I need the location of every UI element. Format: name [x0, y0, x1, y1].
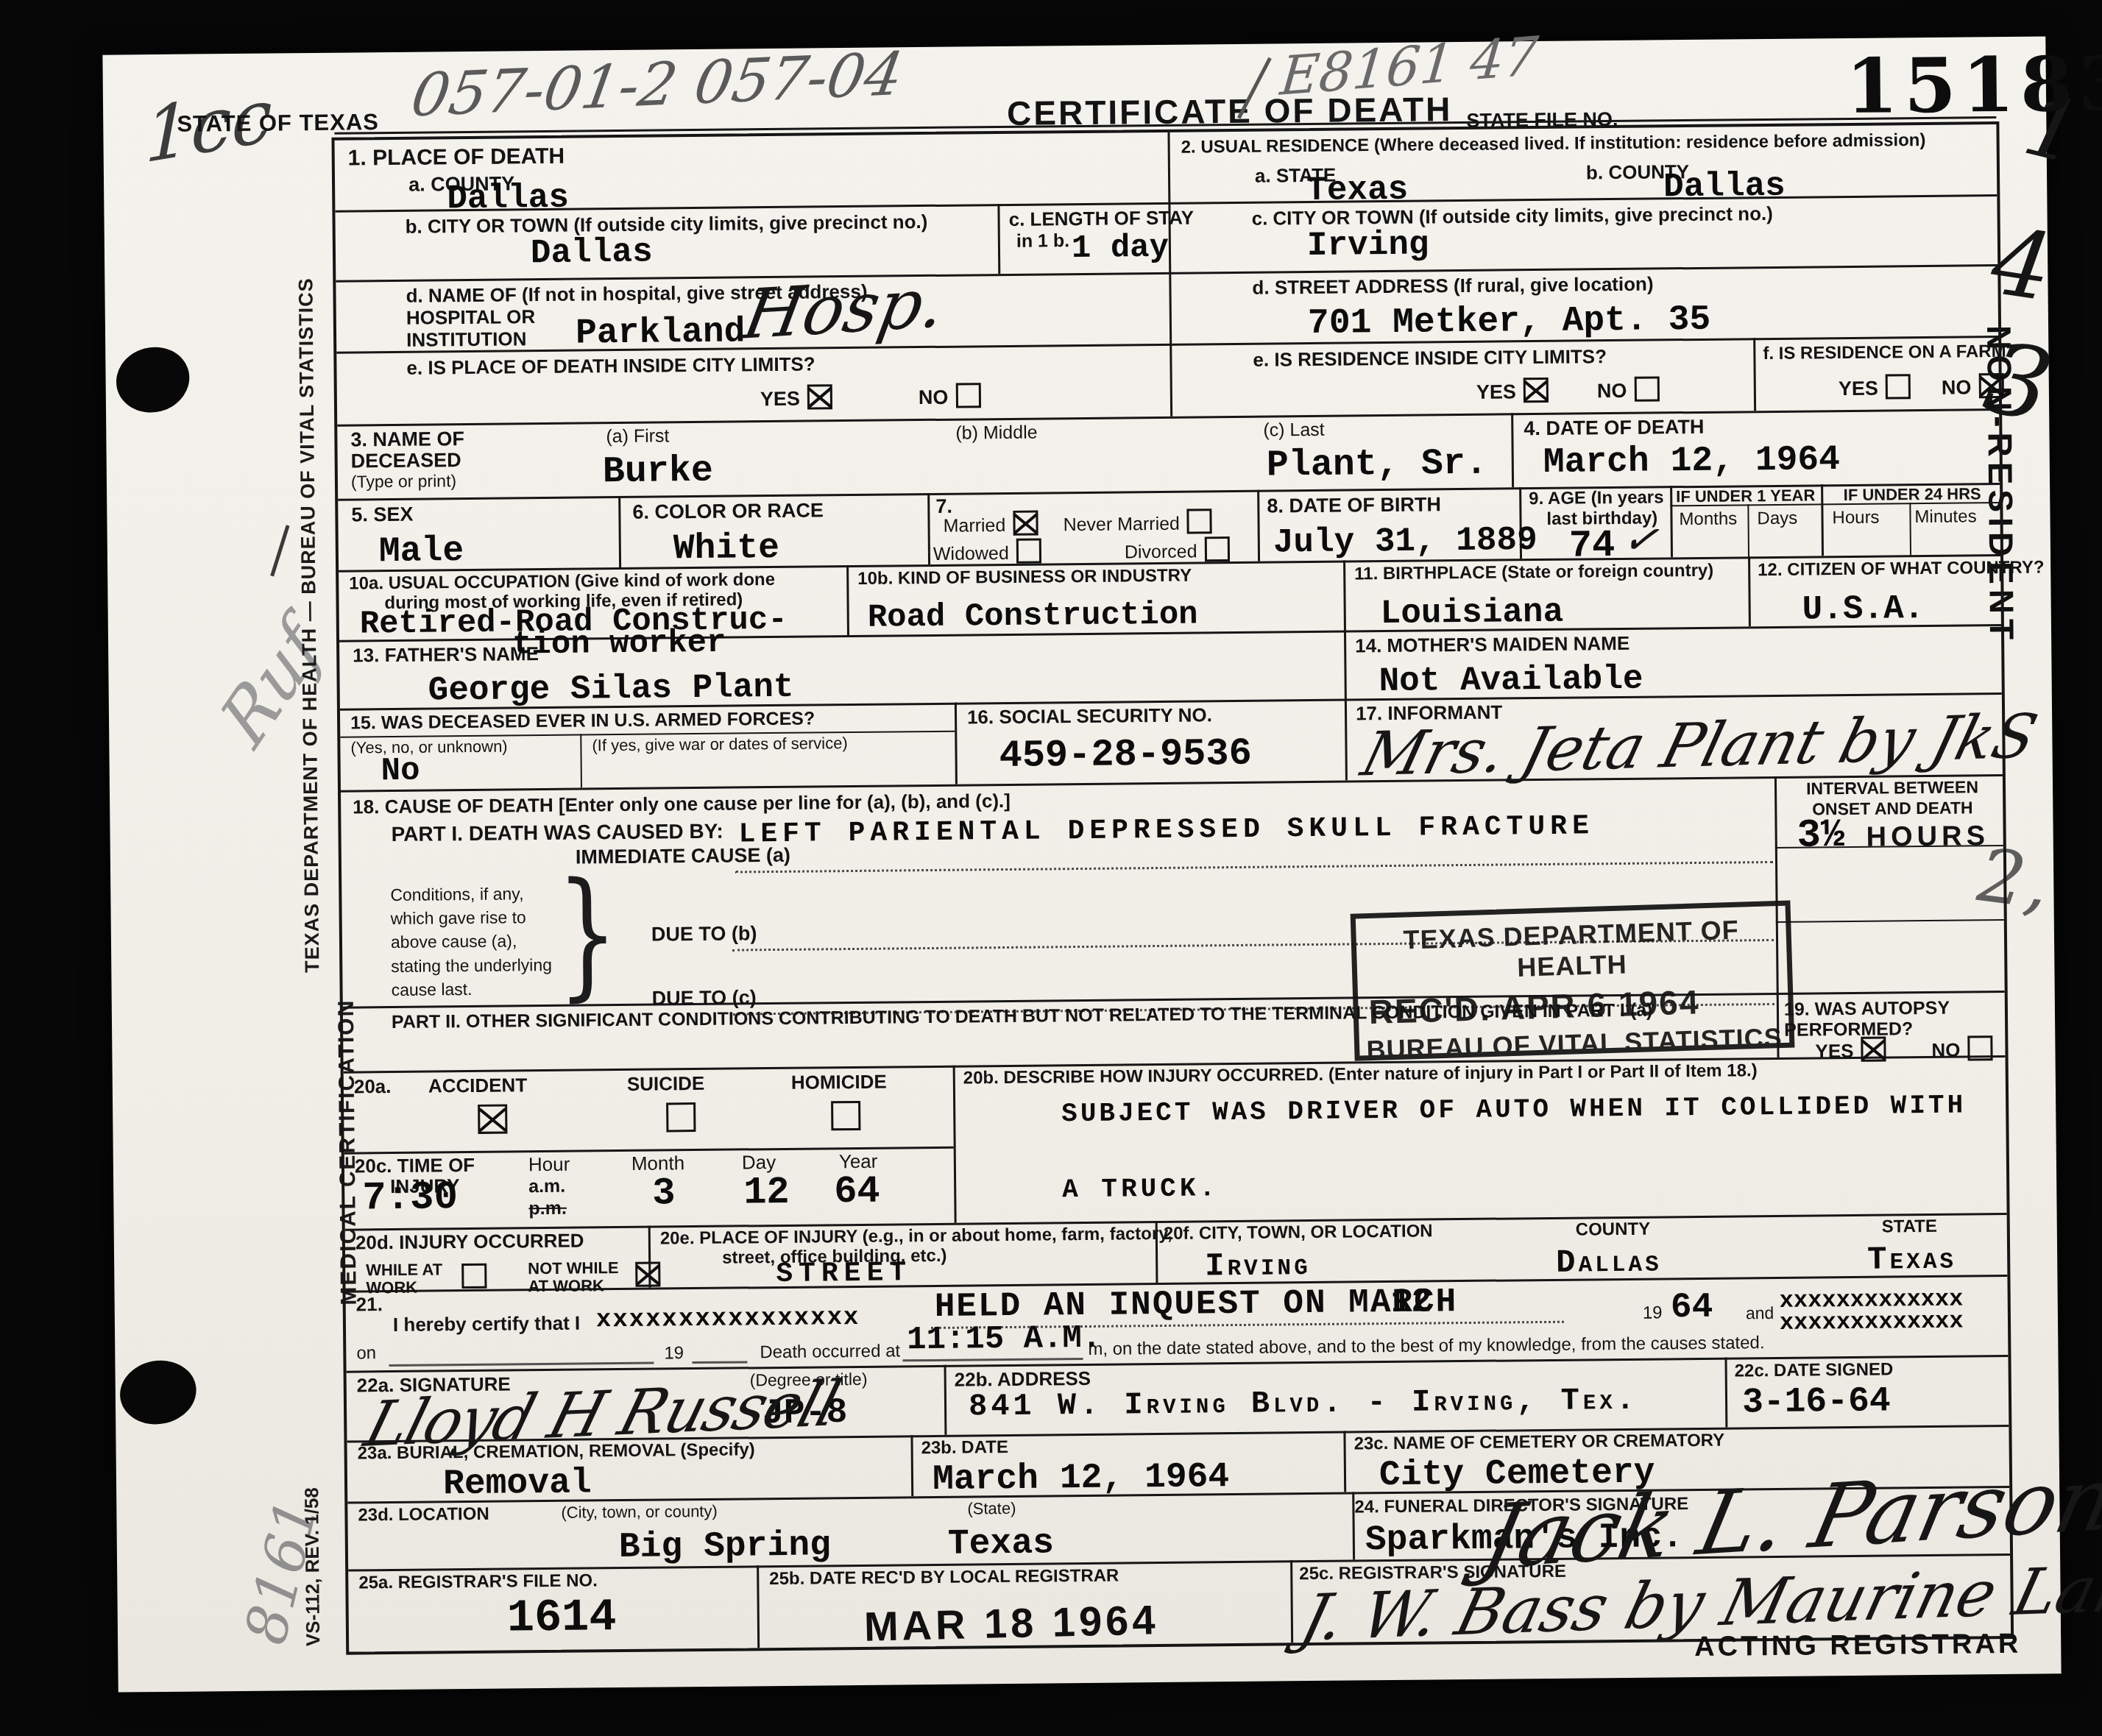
inquest-year: 64 — [1671, 1290, 1713, 1326]
not-while-at-work-label-1: NOT WHILE — [528, 1259, 619, 1278]
autopsy-yes: YES — [1815, 1037, 1886, 1063]
interval-label-1: INTERVAL BETWEEN — [1782, 778, 2003, 799]
months-label: Months — [1679, 509, 1737, 530]
injury-day-value: 12 — [743, 1174, 790, 1213]
grid-line — [618, 496, 621, 567]
residence-city-value: Irving — [1307, 227, 1429, 263]
color-race-label: 6. COLOR OR RACE — [632, 499, 824, 523]
yes-label: YES — [1476, 380, 1516, 403]
grid-line — [1821, 484, 1824, 556]
usual-residence-title: 2. USUAL RESIDENCE (Where deceased lived… — [1181, 131, 1926, 158]
certify-section-label: 21. — [356, 1294, 383, 1315]
date-of-death-label: 4. DATE OF DEATH — [1524, 416, 1704, 440]
certifier-address-value: 841 W. Irving Blvd. - Irving, Tex. — [969, 1385, 1638, 1423]
divorced-label: Divorced — [1125, 541, 1197, 562]
armed-forces-label: 15. WAS DECEASED EVER IN U.S. ARMED FORC… — [350, 708, 815, 733]
death-city-limits-no: NO — [919, 383, 981, 409]
conditions-note: Conditions, if any, which gave rise to a… — [390, 882, 557, 1002]
yes-label: YES — [760, 388, 800, 411]
no-label: NO — [1597, 380, 1627, 402]
grid-line — [1776, 919, 2004, 923]
grid-line — [1167, 132, 1172, 417]
grid-line — [997, 204, 1000, 274]
checkbox-married-checked — [1013, 511, 1038, 536]
ssn-value: 459-28-9536 — [999, 735, 1252, 776]
certifier-signature: Lloyd H Russell — [359, 1372, 846, 1456]
residence-farm-no: NO — [1942, 373, 2004, 400]
marital-never-married: Never Married — [1063, 509, 1212, 536]
accident-label: ACCIDENT — [428, 1074, 528, 1096]
sex-label: 5. SEX — [351, 503, 413, 526]
marital-widowed: Widowed — [933, 539, 1041, 565]
certificate-paper: 1cc Ruf 1 4 3 NON-RESIDENT 2, 8161 TEXAS… — [102, 36, 2061, 1692]
date-received-stamp: MAR 18 1964 — [863, 1599, 1159, 1647]
grid-line — [944, 1365, 947, 1435]
name-of-deceased-title-2: DECEASED — [351, 449, 461, 472]
year-prefix-2: 19 — [664, 1344, 684, 1364]
punch-hole — [115, 1354, 202, 1431]
death-city-limits-yes: YES — [760, 384, 832, 411]
stamp-line-1: TEXAS DEPARTMENT OF HEALTH — [1356, 913, 1787, 988]
injury-city-value: Irving — [1205, 1250, 1311, 1283]
industry-label: 10b. KIND OF BUSINESS OR INDUSTRY — [857, 567, 1192, 589]
burial-location-sub-1: (City, town, or county) — [561, 1503, 718, 1523]
injury-county-value: Dallas — [1556, 1246, 1662, 1279]
residence-state-value: Texas — [1306, 173, 1408, 208]
date-received-label: 25b. DATE REC'D BY LOCAL REGISTRAR — [769, 1567, 1119, 1590]
tick-mark — [270, 525, 289, 576]
burial-location-label: 23d. LOCATION — [358, 1505, 489, 1526]
residence-limits-yes: YES — [1476, 378, 1549, 404]
facility-value: Parkland — [576, 314, 746, 351]
accident-section-label: 20a. — [354, 1076, 392, 1098]
injury-state-value: Texas — [1867, 1244, 1956, 1277]
checkbox-not-while-at-work-checked — [635, 1262, 660, 1287]
checkbox-yes-unchecked — [1886, 374, 1911, 399]
typed-strikeout: xxxxxxxxxxxxxxxx — [596, 1305, 860, 1333]
injury-state-label: STATE — [1882, 1217, 1937, 1238]
certify-tail-text: m, on the date stated above, and to the … — [1088, 1333, 1764, 1360]
scanned-death-certificate: 1cc Ruf 1 4 3 NON-RESIDENT 2, 8161 TEXAS… — [0, 0, 2102, 1736]
handwritten-code-left: 057-01-2 057-04 — [407, 44, 907, 125]
checkbox-accident-checked — [478, 1105, 507, 1134]
residence-farm-yes: YES — [1839, 374, 1911, 400]
type-or-print-label: (Type or print) — [351, 472, 456, 492]
date-signed-value: 3-16-64 — [1742, 1384, 1891, 1420]
homicide-label: HOMICIDE — [791, 1071, 887, 1094]
grid-line — [1257, 490, 1260, 561]
father-name-label: 13. FATHER'S NAME — [353, 643, 539, 667]
armed-forces-value: No — [381, 755, 420, 788]
pm-label-struck: p.m. — [528, 1198, 567, 1219]
age-value: 74 — [1569, 527, 1616, 566]
interval-number: 3½ — [1797, 816, 1844, 857]
checkbox-yes-checked — [807, 384, 832, 409]
suicide-label: SUICIDE — [627, 1073, 705, 1095]
checkbox-no-checked — [1978, 373, 2003, 398]
date-of-birth-value: July 31, 1889 — [1273, 523, 1537, 559]
certifier-address-label: 22b. ADDRESS — [955, 1368, 1091, 1391]
county-value: Dallas — [447, 181, 569, 216]
checkbox-no-unchecked — [1634, 376, 1659, 401]
if-under-24-hrs-label: IF UNDER 24 HRS — [1825, 485, 2000, 505]
grid-line — [1909, 503, 1911, 555]
marital-married: Married — [943, 511, 1038, 537]
part1-label: PART I. DEATH WAS CAUSED BY: — [391, 820, 723, 846]
grid-line — [846, 565, 849, 635]
describe-injury-line-2: A TRUCK. — [1062, 1175, 1219, 1203]
never-married-label: Never Married — [1063, 514, 1180, 536]
grid-line — [757, 1565, 760, 1648]
city-label: b. CITY OR TOWN (If outside city limits,… — [406, 211, 928, 238]
sidebar-department-label: TEXAS DEPARTMENT OF HEALTH — BUREAU OF V… — [294, 215, 325, 1035]
facility-handwritten: Hosp. — [738, 269, 950, 350]
injury-year-value: 64 — [834, 1173, 880, 1212]
sidebar-form-code: VS-112, REV. 1/58 — [300, 1425, 325, 1646]
on-label: on — [356, 1344, 376, 1364]
industry-value: Road Construction — [868, 598, 1198, 634]
grid-line — [1343, 1431, 1346, 1492]
certify-text: I hereby certify that I — [393, 1313, 581, 1336]
street-address-label: d. STREET ADDRESS (If rural, give locati… — [1252, 274, 1653, 299]
last-name-label: (c) Last — [1263, 419, 1325, 441]
death-occurred-label: Death occurred at — [760, 1342, 900, 1363]
sex-value: Male — [379, 534, 464, 570]
grid-line — [955, 703, 958, 784]
checkbox-yes-checked — [1861, 1037, 1886, 1062]
last-name-value: Plant, Sr. — [1267, 446, 1488, 485]
burial-value: Removal — [443, 1465, 592, 1502]
ssn-label: 16. SOCIAL SECURITY NO. — [967, 704, 1212, 728]
color-race-value: White — [673, 531, 779, 567]
middle-name-label: (b) Middle — [955, 422, 1037, 444]
grid-line — [927, 493, 930, 564]
checkbox-suicide — [666, 1102, 696, 1132]
blank-line — [389, 1342, 654, 1367]
checkbox-no-unchecked — [955, 383, 980, 408]
date-of-death-value: March 12, 1964 — [1543, 442, 1841, 481]
widowed-label: Widowed — [933, 543, 1009, 564]
informant-signature: Mrs. Jeta Plant by JkS — [1356, 706, 2042, 785]
armed-forces-sub-2: (If yes, give war or dates of service) — [592, 734, 847, 755]
length-of-stay-value: 1 day — [1072, 232, 1169, 265]
grid-line — [1747, 504, 1749, 556]
checkbox-while-at-work — [461, 1264, 486, 1289]
blank-line — [902, 1337, 1083, 1361]
age-label: 9. AGE (In years — [1529, 488, 1663, 509]
residence-farm-label: f. IS RESIDENCE ON A FARM? — [1763, 342, 2017, 364]
mother-maiden-name-label: 14. MOTHER'S MAIDEN NAME — [1355, 633, 1629, 657]
cemetery-label: 23c. NAME OF CEMETERY OR CREMATORY — [1353, 1431, 1724, 1455]
citizen-value: U.S.A. — [1802, 592, 1925, 627]
street-address-value: 701 Metker, Apt. 35 — [1308, 302, 1711, 341]
city-value: Dallas — [531, 235, 653, 271]
death-city-limits-label: e. IS PLACE OF DEATH INSIDE CITY LIMITS? — [406, 353, 815, 378]
and-label: and — [1746, 1304, 1774, 1323]
am-label: a.m. — [528, 1176, 565, 1197]
days-label: Days — [1757, 509, 1797, 529]
armed-forces-sub-1: (Yes, no, or unknown) — [350, 737, 507, 757]
burial-date-value: March 12, 1964 — [933, 1459, 1230, 1498]
residence-county-value: Dallas — [1663, 169, 1786, 205]
facility-label-2: HOSPITAL OR — [406, 306, 536, 329]
yes-label: YES — [1839, 378, 1878, 400]
birthplace-value: Louisiana — [1381, 595, 1564, 631]
received-stamp: TEXAS DEPARTMENT OF HEALTH REC'D. APR 6 … — [1351, 901, 1795, 1061]
date-signed-label: 22c. DATE SIGNED — [1735, 1360, 1894, 1381]
citizen-label: 12. CITIZEN OF WHAT COUNTRY? — [1758, 558, 2045, 581]
marital-divorced: Divorced — [1125, 536, 1230, 563]
brace-glyph: } — [556, 852, 619, 1015]
injury-county-label: COUNTY — [1576, 1220, 1651, 1241]
residence-limits-no: NO — [1597, 376, 1660, 403]
time-of-injury-label: 20c. TIME OF — [355, 1155, 475, 1177]
certificate-form: 1. PLACE OF DEATH a. COUNTY Dallas b. CI… — [331, 121, 2014, 1655]
married-label: Married — [943, 515, 1005, 536]
time-of-injury-value: 7:30 — [362, 1178, 458, 1219]
while-at-work-label-1: WHILE AT — [366, 1261, 442, 1280]
burial-location-sub-2: (State) — [967, 1500, 1016, 1518]
residence-city-label: c. CITY OR TOWN (If outside city limits,… — [1251, 203, 1773, 230]
injury-city-label: 20f. CITY, TOWN, OR LOCATION — [1164, 1222, 1433, 1244]
grid-line — [1748, 556, 1751, 626]
birthplace-label: 11. BIRTHPLACE (State or foreign country… — [1354, 561, 1713, 585]
first-name-value: Burke — [603, 453, 714, 491]
checkbox-homicide — [831, 1101, 860, 1130]
yes-label: YES — [1815, 1040, 1853, 1062]
length-of-stay-sublabel: in 1 b. — [1016, 230, 1069, 252]
checkbox-no-unchecked — [1967, 1035, 1992, 1060]
blank-line — [692, 1340, 747, 1364]
checkbox-yes-checked — [1524, 378, 1549, 403]
injury-occurred-label: 20d. INJURY OCCURRED — [355, 1230, 584, 1254]
grid-line — [953, 1066, 957, 1223]
hours-label: Hours — [1832, 509, 1879, 528]
registrar-file-no-label: 25a. REGISTRAR'S FILE NO. — [358, 1571, 598, 1593]
injury-month-value: 3 — [652, 1175, 676, 1213]
year-prefix: 19 — [1643, 1303, 1663, 1323]
month-header: Month — [631, 1152, 685, 1175]
burial-state-value: Texas — [948, 1526, 1054, 1562]
age-checkmark: ✓ — [1620, 516, 1661, 563]
place-of-injury-value: STREET — [776, 1259, 912, 1289]
no-label: NO — [919, 386, 949, 408]
grid-line — [1290, 1560, 1293, 1643]
grid-line — [1724, 1358, 1727, 1428]
grid-line — [1511, 413, 1514, 487]
checkbox-widowed — [1016, 539, 1041, 564]
hour-header: Hour — [528, 1154, 570, 1176]
first-name-label: (a) First — [606, 425, 669, 447]
cause-of-death-label: 18. CAUSE OF DEATH [Enter only one cause… — [353, 790, 1011, 818]
acting-registrar-stamp: ACTING REGISTRAR — [1694, 1630, 2021, 1661]
name-of-deceased-title: 3. NAME OF — [350, 428, 464, 451]
if-under-1-year-label: IF UNDER 1 YEAR — [1674, 486, 1817, 506]
describe-injury-line-1: SUBJECT WAS DRIVER OF AUTO WHEN IT COLLI… — [1061, 1092, 1966, 1127]
registrar-file-no-value: 1614 — [507, 1595, 617, 1641]
typed-strikeout-3: xxxxxxxxxxxxx — [1780, 1310, 1964, 1335]
autopsy-no: NO — [1931, 1035, 1992, 1062]
grid-line — [1753, 338, 1756, 411]
handwritten-code-right: E8161 47 — [1278, 29, 1540, 103]
facility-label-3: INSTITUTION — [406, 328, 526, 351]
interval-unit: HOURS — [1866, 821, 1989, 853]
no-label: NO — [1942, 376, 1972, 398]
residence-city-limits-label: e. IS RESIDENCE INSIDE CITY LIMITS? — [1253, 346, 1607, 371]
length-of-stay-label: c. LENGTH OF STAY — [1008, 208, 1194, 231]
grid-line — [580, 734, 582, 788]
date-of-birth-label: 8. DATE OF BIRTH — [1267, 493, 1441, 517]
autopsy-label: 19. WAS AUTOPSY PER­FORMED? — [1784, 997, 1991, 1041]
place-of-death-title: 1. PLACE OF DEATH — [348, 144, 565, 171]
mother-maiden-name-value: Not Available — [1379, 662, 1643, 698]
grid-line — [337, 408, 1999, 427]
no-label: NO — [1931, 1039, 1960, 1061]
grid-line — [1670, 486, 1673, 557]
checkbox-never-married — [1187, 509, 1212, 534]
minutes-label: Minutes — [1914, 507, 1976, 528]
burial-date-label: 23b. DATE — [921, 1438, 1008, 1459]
grid-line — [910, 1435, 913, 1496]
occupation-value-wrap: tion worker — [512, 627, 726, 662]
checkbox-divorced — [1204, 536, 1229, 561]
burial-city-value: Big Spring — [619, 1528, 831, 1565]
father-name-value: George Silas Plant — [428, 670, 793, 708]
punch-hole — [109, 339, 197, 420]
grid-line — [1343, 561, 1348, 781]
not-while-at-work-label-2: AT WORK — [528, 1277, 604, 1296]
